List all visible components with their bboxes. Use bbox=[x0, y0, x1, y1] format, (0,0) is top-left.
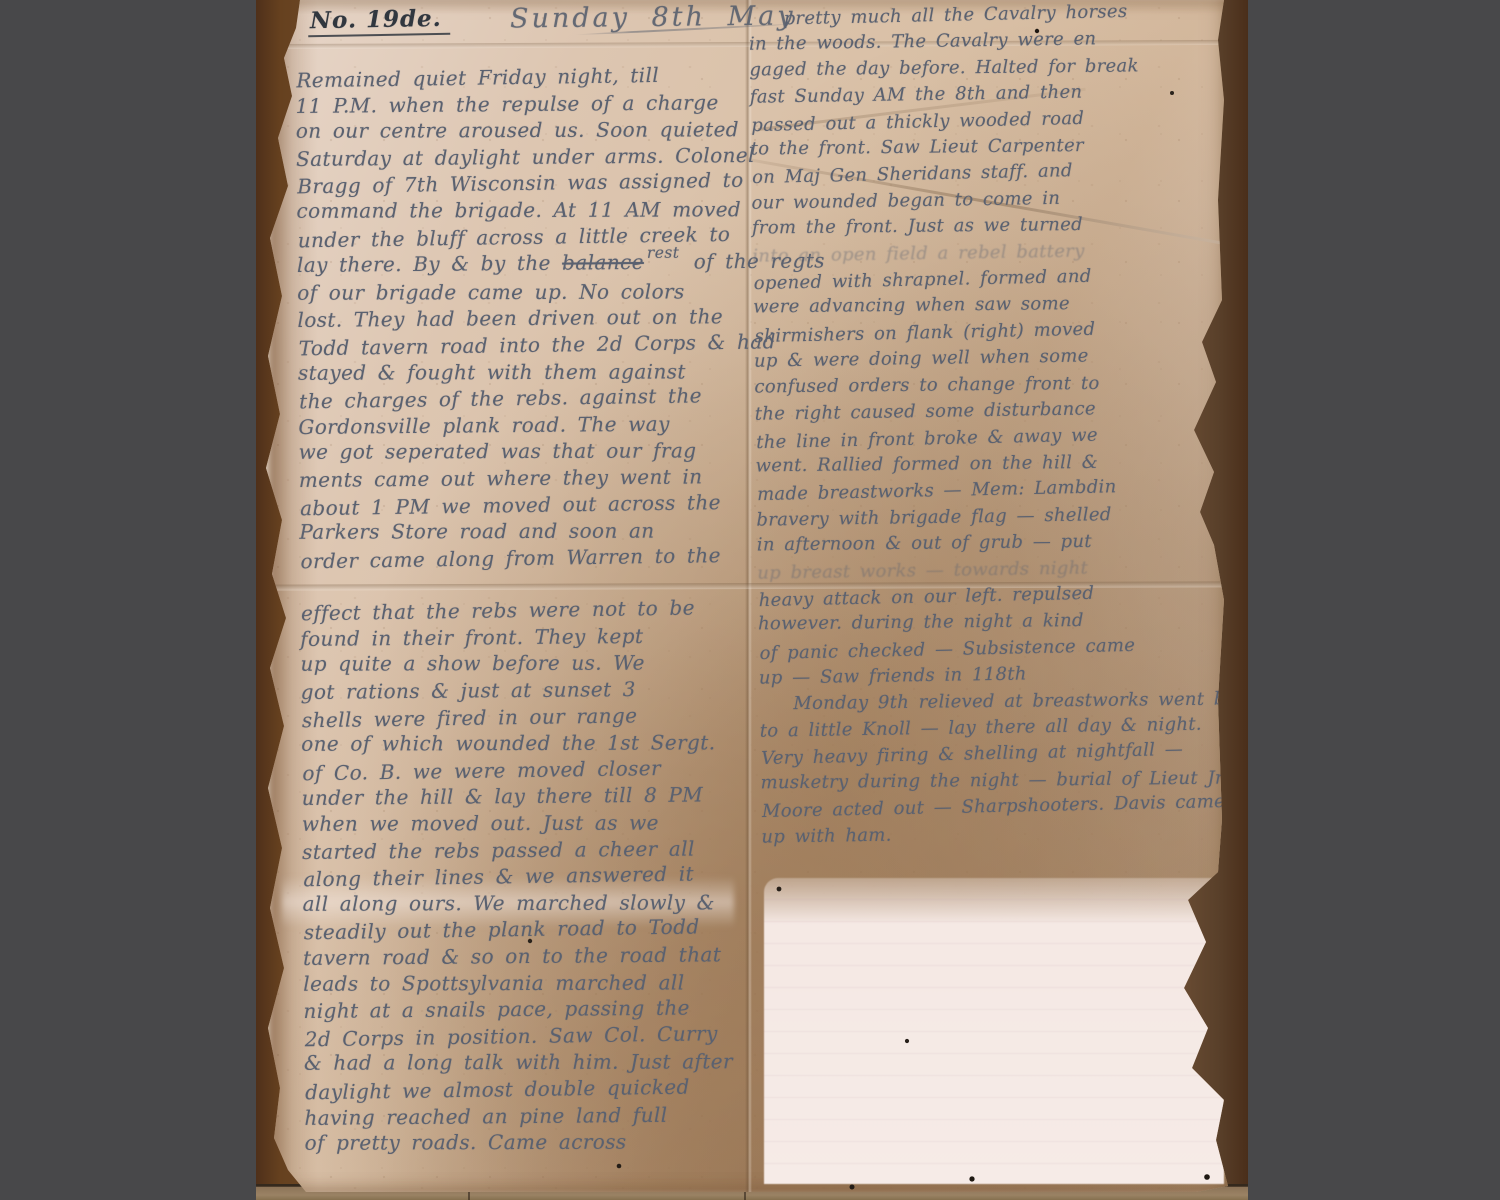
manuscript-line: having reached an pine land full bbox=[304, 1101, 752, 1132]
manuscript-line: found in their front. They kept bbox=[300, 622, 748, 653]
inserted-word: rest bbox=[647, 244, 680, 262]
word: lay there. By & by the bbox=[297, 251, 562, 277]
manuscript-line: Todd tavern road into the 2d Corps & had bbox=[299, 329, 747, 362]
left-paragraph-1: Remained quiet Friday night, till11 P.M.… bbox=[295, 62, 747, 573]
manuscript-line: tavern road & so on to the road that bbox=[303, 941, 751, 972]
manuscript-line: of our brigade came up. No colors bbox=[297, 278, 745, 306]
manuscript-line: about 1 PM we moved out across the bbox=[300, 488, 748, 521]
manuscript-line: one of which wounded the 1st Sergt. bbox=[301, 729, 749, 757]
manuscript-line: lay there. By & by the balancerest of th… bbox=[297, 248, 745, 281]
manuscript-line: 11 P.M. when the repulse of a charge bbox=[295, 89, 743, 120]
manuscript-line: Gordonsville plank road. The way bbox=[298, 410, 746, 441]
manuscript-line: up quite a show before us. We bbox=[300, 650, 748, 678]
left-text-column: Remained quiet Friday night, till11 P.M.… bbox=[295, 62, 753, 1158]
left-paragraph-2: effect that the rebs were not to befound… bbox=[300, 595, 753, 1157]
right-paragraph: pretty much all the Cavalry horsesin the… bbox=[748, 0, 1231, 851]
manuscript-line: we got seperated was that our frag bbox=[299, 438, 747, 466]
manuscript-line: & had a long talk with him. Just after bbox=[304, 1049, 752, 1077]
manuscript-line: on our centre aroused us. Soon quieted bbox=[296, 116, 744, 144]
manuscript-line: of pretty roads. Came across bbox=[305, 1128, 753, 1156]
manuscript-line: Parkers Store road and soon an bbox=[299, 517, 747, 545]
right-text-column: pretty much all the Cavalry horsesin the… bbox=[748, 0, 1231, 851]
struck-word: balance bbox=[562, 250, 644, 275]
manuscript-line: along their lines & we answered it bbox=[303, 860, 751, 893]
photo-stage: No. 19de. Sunday 8th May Remained quiet … bbox=[0, 0, 1500, 1200]
unstained-paper-area bbox=[764, 878, 1224, 1184]
manuscript-line: order came along from Warren to the bbox=[300, 541, 748, 574]
manuscript-paper: No. 19de. Sunday 8th May Remained quiet … bbox=[266, 0, 1228, 1192]
manuscript-line: command the brigade. At 11 AM moved bbox=[296, 196, 744, 224]
manuscript-line: when we moved out. Just as we bbox=[302, 809, 750, 837]
manuscript-line: Bragg of 7th Wisconsin was assigned to bbox=[297, 167, 745, 200]
manuscript-line: leads to Spottsylvania marched all bbox=[303, 969, 751, 997]
manuscript-line: under the hill & lay there till 8 PM bbox=[302, 781, 750, 812]
page-number-label: No. 19de. bbox=[308, 5, 450, 37]
